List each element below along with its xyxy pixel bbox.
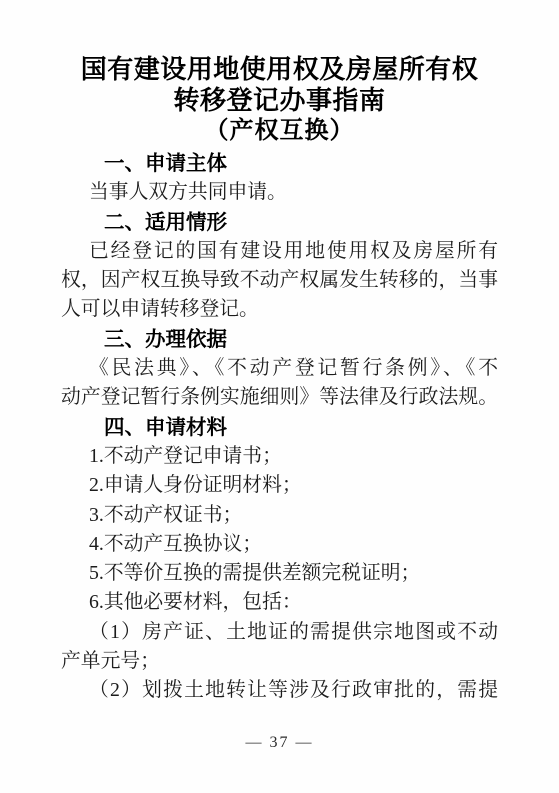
text-line: 人可以申请转移登记。 — [61, 295, 498, 324]
list-item: 6.其他必要材料，包括： — [61, 588, 498, 617]
document-page: 国有建设用地使用权及房屋所有权 转移登记办事指南 （产权互换） 一、申请主体当事… — [0, 0, 559, 793]
document-title: 国有建设用地使用权及房屋所有权 转移登记办事指南 （产权互换） — [61, 54, 498, 147]
text-line: （2）划拨土地转让等涉及行政审批的，需提 — [61, 676, 498, 705]
list-item: 4.不动产互换协议； — [61, 530, 498, 559]
text-line: 产单元号； — [61, 647, 498, 676]
title-line-1: 国有建设用地使用权及房屋所有权 — [61, 54, 498, 85]
list-item: 1.不动产登记申请书； — [61, 442, 498, 471]
section-heading: 一、申请主体 — [61, 149, 498, 178]
text-line: 已经登记的国有建设用地使用权及房屋所有 — [61, 237, 498, 266]
page-footer: — 37 — — [0, 733, 559, 753]
section-heading: 二、适用情形 — [61, 208, 498, 237]
text-line: （1）房产证、土地证的需提供宗地图或不动 — [61, 618, 498, 647]
title-line-3: （产权互换） — [61, 116, 498, 147]
section-heading: 四、申请材料 — [61, 413, 498, 442]
list-item: 3.不动产权证书； — [61, 501, 498, 530]
text-line: 动产登记暂行条例实施细则》等法律及行政法规。 — [61, 383, 498, 412]
text-line: 当事人双方共同申请。 — [61, 178, 498, 207]
section-heading: 三、办理依据 — [61, 325, 498, 354]
text-line: 权，因产权互换导致不动产权属发生转移的，当事 — [61, 266, 498, 295]
title-line-2: 转移登记办事指南 — [61, 85, 498, 116]
list-item: 5.不等价互换的需提供差额完税证明； — [61, 559, 498, 588]
list-item: 2.申请人身份证明材料； — [61, 471, 498, 500]
page-number: — 37 — — [246, 734, 314, 751]
text-line: 《民法典》、《不动产登记暂行条例》、《不 — [61, 354, 498, 383]
document-body: 一、申请主体当事人双方共同申请。二、适用情形已经登记的国有建设用地使用权及房屋所… — [61, 149, 498, 706]
